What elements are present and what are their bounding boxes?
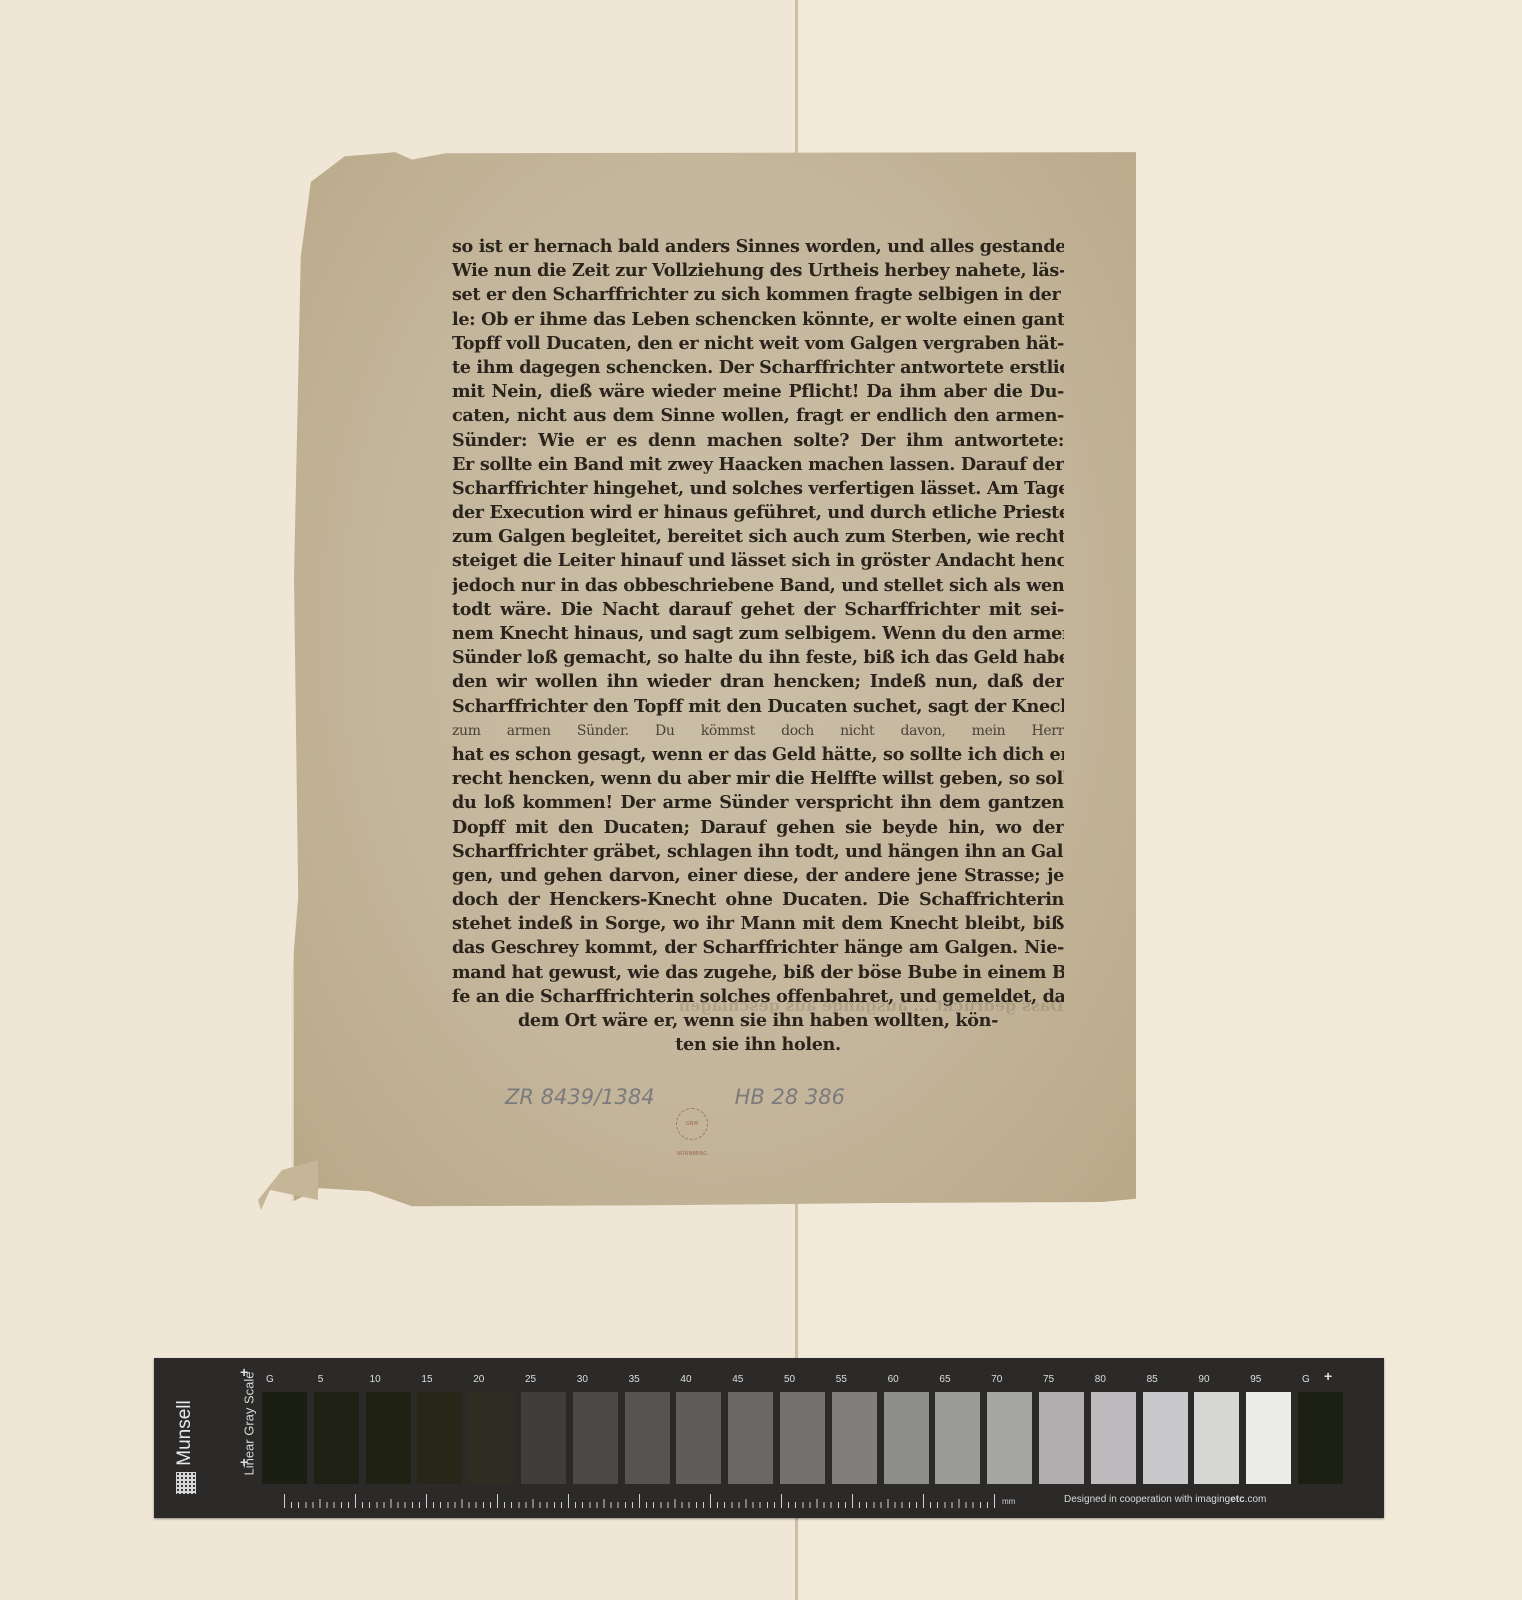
text-line: doch der Henckers-Knecht ohne Ducaten. D… [452,888,1064,912]
patch-label: 25 [525,1374,571,1385]
text-line: Topff voll Ducaten, den er nicht weit vo… [452,332,1064,356]
patch-label: 95 [1250,1374,1296,1385]
gray-patch [676,1392,721,1484]
gray-patch [417,1392,462,1484]
text-line: Er sollte ein Band mit zwey Haacken mach… [452,453,1064,477]
patch-label: G [1302,1374,1348,1385]
text-line: le: Ob er ihme das Leben schencken könnt… [452,308,1064,332]
patch-label: 70 [991,1374,1037,1385]
gray-patch [521,1392,566,1484]
gray-patch [935,1392,980,1484]
text-line: gen, und gehen darvon, einer diese, der … [452,864,1064,888]
text-line: das Geschrey kommt, der Scharffrichter h… [452,936,1064,960]
text-line: jedoch nur in das obbeschriebene Band, u… [452,574,1064,598]
text-line: Wie nun die Zeit zur Vollziehung des Urt… [452,259,1064,283]
patch-label: 60 [888,1374,934,1385]
text-line: Scharffrichter den Topff mit den Ducaten… [452,695,1064,719]
patch-label: G [266,1374,312,1385]
text-line: stehet indeß in Sorge, wo ihr Mann mit d… [452,912,1064,936]
mm-ruler [284,1494,996,1508]
text-line: Scharffrichter hingehet, und solches ver… [452,477,1064,501]
patch-label: 5 [318,1374,364,1385]
library-stamp: GNM NÜRNBERG [676,1108,708,1140]
text-line: so ist er hernach bald anders Sinnes wor… [452,235,1064,259]
patch-label: 80 [1095,1374,1141,1385]
gray-patch [314,1392,359,1484]
patch-label: 50 [784,1374,830,1385]
patch-label: 65 [939,1374,985,1385]
gray-patch [1298,1392,1343,1484]
patch-label: 90 [1198,1374,1244,1385]
gray-patch [728,1392,773,1484]
patch-label: 10 [370,1374,416,1385]
text-line: zum armen Sünder. Du kömmst doch nicht d… [452,719,1064,743]
text-line: den wir wollen ihn wieder dran hencken; … [452,670,1064,694]
registration-plus-icon: + [240,1454,248,1470]
text-line: mit Nein, dieß wäre wieder meine Pflicht… [452,380,1064,404]
text-line: mand hat gewust, wie das zugehe, biß der… [452,961,1064,985]
text-line: Sünder loß gemacht, so halte du ihn fest… [452,646,1064,670]
text-line: Dopff mit den Ducaten; Darauf gehen sie … [452,816,1064,840]
brand-block: Munsell [162,1364,206,1514]
gray-patch [884,1392,929,1484]
text-line: te ihm dagegen schencken. Der Scharffric… [452,356,1064,380]
text-line: zum Galgen begleitet, bereitet sich auch… [452,525,1064,549]
text-line: caten, nicht aus dem Sinne wollen, fragt… [452,404,1064,428]
text-line: nem Knecht hinaus, und sagt zum selbigem… [452,622,1064,646]
color-scale-card: Munsell Linear Gray Scale + + + + G51015… [154,1358,1384,1518]
text-line: set er den Scharffrichter zu sich kommen… [452,283,1064,307]
patch-label: 85 [1147,1374,1193,1385]
text-line: Sünder: Wie er es denn machen solte? Der… [452,429,1064,453]
patch-label: 45 [732,1374,778,1385]
gray-patch [832,1392,877,1484]
gray-patch [1246,1392,1291,1484]
patch-label: 40 [680,1374,726,1385]
gray-patch [262,1392,307,1484]
patch-label: 55 [836,1374,882,1385]
registration-plus-icon: + [240,1364,248,1380]
brand-name: Munsell [176,1388,194,1478]
patch-label: 20 [473,1374,519,1385]
patch-label: 15 [421,1374,467,1385]
gray-patch [1143,1392,1188,1484]
gray-patch [573,1392,618,1484]
patch-label: 35 [629,1374,675,1385]
shelfmark-left: ZR 8439/1384 [505,1085,655,1109]
gray-patch [366,1392,411,1484]
show-through-text: Dass gedruckt ... ausgange aus geschlage… [452,996,1064,1040]
text-line: steiget die Leiter hinauf und lässet sic… [452,549,1064,573]
gray-patch [780,1392,825,1484]
catalog-marks: ZR 8439/1384 HB 28 386 [505,1085,845,1109]
text-line: todt wäre. Die Nacht darauf gehet der Sc… [452,598,1064,622]
gray-patch [987,1392,1032,1484]
gray-patch [1194,1392,1239,1484]
gray-patch [469,1392,514,1484]
gray-patch [625,1392,670,1484]
text-line: recht hencken, wenn du aber mir die Helf… [452,767,1064,791]
text-line: der Execution wird er hinaus geführet, u… [452,501,1064,525]
printed-text-block: so ist er hernach bald anders Sinnes wor… [452,235,1064,1057]
patch-label: 30 [577,1374,623,1385]
text-line: hat es schon gesagt, wenn er das Geld hä… [452,743,1064,767]
text-line: du loß kommen! Der arme Sünder versprich… [452,791,1064,815]
gray-patch [1091,1392,1136,1484]
shelfmark-right: HB 28 386 [735,1085,845,1109]
text-line: Scharffrichter gräbet, schlagen ihn todt… [452,840,1064,864]
gray-patch [1039,1392,1084,1484]
patch-label: 75 [1043,1374,1089,1385]
credit-text: Designed in cooperation with imagingetc.… [1064,1494,1266,1505]
ruler-unit: mm [1002,1497,1015,1506]
